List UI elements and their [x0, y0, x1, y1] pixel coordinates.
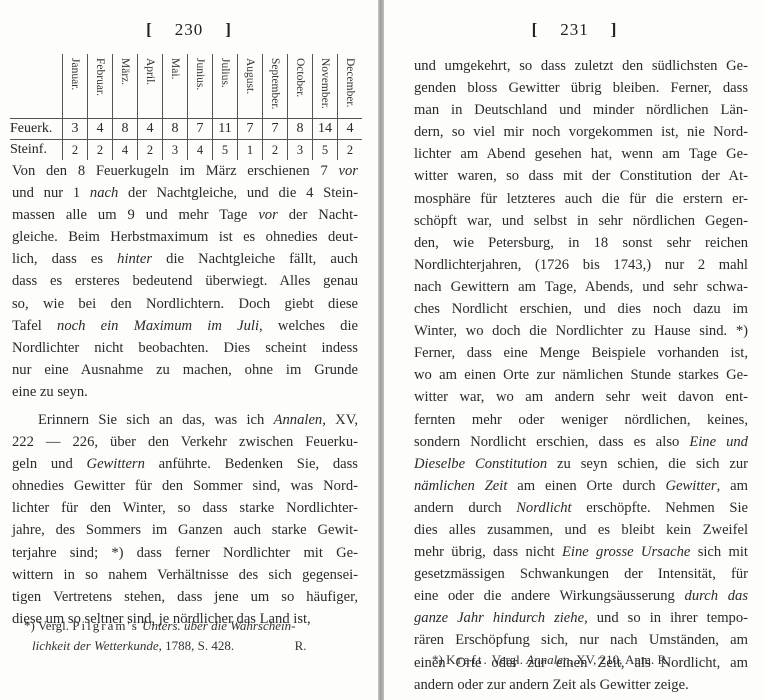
left-paragraph-2: Erinnern Sie sich an das, was ich Annale… — [12, 409, 358, 630]
text-segment: so, wie bei den Nordlichtern. Doch giebt… — [12, 296, 358, 312]
text-line: mosphäre für letzteres auch die für die … — [414, 188, 748, 210]
text-line: witter waren, so dass mit der Constituti… — [414, 165, 748, 187]
text-segment: witter war, wo am andern sehr weit davon… — [414, 389, 748, 405]
text-line: und umgekehrt, so dass zuletzt den südli… — [414, 55, 748, 77]
footnote-prefix: Vergl. — [492, 652, 523, 667]
text-segment: Nordlichter nicht beobachten. Dies schei… — [12, 340, 358, 356]
text-segment: dies alles zusammen, und es bleibt kein … — [414, 522, 748, 538]
month-label: April. — [144, 58, 156, 85]
text-line: fernten mehr oder weniger nördlichen, ke… — [414, 409, 748, 431]
text-segment: jahre, des Sommers im Ganzen auch starke… — [12, 522, 358, 538]
text-segment: lich, dass es — [12, 251, 117, 267]
text-segment: gesetzmässigen Schwankungen der Intensit… — [414, 566, 748, 582]
page-number-left: [230] — [0, 20, 378, 40]
text-segment: ohnedies Gewitter für den Sommer sind, w… — [12, 478, 358, 494]
text-segment: eine zu seyn. — [12, 384, 88, 400]
month-header: December. — [338, 54, 363, 119]
italic-emphasis: Gewittern — [87, 456, 145, 472]
table-cell: 2 — [88, 140, 113, 161]
table-cell: 2 — [338, 140, 363, 161]
month-label: Junius. — [194, 58, 206, 90]
italic-emphasis: ganze Jahr hindurch ziehe — [414, 610, 584, 626]
text-line: tigen Vertretens stehen, dass jene um so… — [12, 586, 358, 608]
italic-emphasis: Dieselbe Constitution — [414, 456, 547, 472]
text-segment: zu seyn schien, die sich zur — [547, 456, 748, 472]
month-header: April. — [138, 54, 163, 119]
table-cell: 8 — [163, 119, 188, 140]
text-line: massen alle um 9 und mehr Tage vor der N… — [12, 204, 358, 226]
text-line: Nordlichterjahren, (1726 bis 1743,) nur … — [414, 254, 748, 276]
table-cell: 3 — [163, 140, 188, 161]
table-cell: 1 — [238, 140, 263, 161]
text-segment: lichter am Abend gesehen hat, wenn am Ta… — [414, 146, 748, 162]
text-segment: mosphäre für letzteres auch die für die … — [414, 191, 748, 207]
text-segment: sich mit — [690, 544, 748, 560]
footnote-title-cont: lichkeit der Wetterkunde — [32, 638, 159, 653]
month-label: März. — [119, 58, 131, 85]
text-line: genden bloss Gewitter übrig bleiben. Fer… — [414, 77, 748, 99]
italic-emphasis: Gewitter — [666, 478, 717, 494]
text-segment: dern, so viel mir noch vorgekommen ist, … — [414, 124, 748, 140]
text-line: dass es ersteres bedeutend überwiegt. Al… — [12, 270, 358, 292]
month-label: Januar. — [69, 58, 81, 90]
month-header: Februar. — [88, 54, 113, 119]
text-segment: lichter für den Winter, so dass starke N… — [12, 500, 358, 516]
left-paragraph-1: Von den 8 Feuerkugeln im März erschienen… — [12, 160, 358, 403]
month-header: Junius. — [188, 54, 213, 119]
text-segment: Winter, wo doch die Nordlichter zu Hause… — [414, 323, 748, 339]
footnote-citation: , 1788, S. 428. — [159, 638, 234, 653]
text-segment: massen alle um 9 und mehr Tage — [12, 207, 258, 223]
meteor-frequency-table: Januar.Februar.März.April.Mai.Junius.Jul… — [10, 54, 362, 160]
table-cell: 7 — [238, 119, 263, 140]
text-segment: schöpft war, und selbst in sehr nördlich… — [414, 213, 748, 229]
footnote-marker: *) — [24, 618, 35, 633]
footnote-marker: *) — [432, 652, 443, 667]
text-segment: rären Erschöpfung sich, nur nach Umständ… — [414, 632, 748, 648]
table-cell: 7 — [188, 119, 213, 140]
text-segment: andern oder zur andern Zeit als Gewitter… — [414, 677, 689, 693]
footnote-title: Unters. über die Wahrschein- — [142, 618, 295, 633]
text-segment: , und so in ihrer tempo- — [584, 610, 748, 626]
table-cell: 4 — [338, 119, 363, 140]
month-label: Mai. — [169, 58, 181, 79]
text-line: wittern in so nahem Verhältnisse des sic… — [12, 564, 358, 586]
italic-emphasis: hinter — [117, 251, 152, 267]
text-segment: wittern in so nahem Verhältnisse des sic… — [12, 567, 358, 583]
month-header: August. — [238, 54, 263, 119]
table-cell: 7 — [263, 119, 288, 140]
text-line: den, wie Petersburg, in 18 sonst sehr re… — [414, 232, 748, 254]
text-line: ches Nordlicht erschien, und dies noch d… — [414, 298, 748, 320]
month-header: November. — [313, 54, 338, 119]
text-segment: den, wie Petersburg, in 18 sonst sehr re… — [414, 235, 748, 251]
text-line: eine zu seyn. — [12, 381, 358, 403]
text-line: und nur 1 nach der Nachtgleiche, und die… — [12, 182, 358, 204]
right-body-text: und umgekehrt, so dass zuletzt den südli… — [414, 55, 748, 696]
text-line: gesetzmässigen Schwankungen der Intensit… — [414, 563, 748, 585]
table-cell: 3 — [288, 140, 313, 161]
table-row-steinf: Steinf. 224234512352 — [10, 140, 362, 161]
italic-emphasis: noch ein Maximum im Juli — [57, 318, 259, 334]
text-segment: gleiche. Beim Herbstmaximum ist es ohned… — [12, 229, 358, 245]
table-header-row: Januar.Februar.März.April.Mai.Junius.Jul… — [10, 54, 362, 119]
right-page: [231] und umgekehrt, so dass zuletzt den… — [384, 0, 765, 700]
text-segment: Ferner, dass eine Menge Beispiele vorhan… — [414, 345, 748, 361]
text-segment: anführte. Bedenken Sie, dass — [145, 456, 358, 472]
text-line: ohnedies Gewitter für den Sommer sind, w… — [12, 475, 358, 497]
text-line: lichter für den Winter, so dass starke N… — [12, 497, 358, 519]
text-line: terjahre sind; *) dass ferner Nordlichte… — [12, 542, 358, 564]
text-line: Tafel noch ein Maximum im Juli, welches … — [12, 315, 358, 337]
month-label: August. — [244, 58, 256, 94]
text-segment: dass es ersteres bedeutend überwiegt. Al… — [12, 273, 358, 289]
text-segment: genden bloss Gewitter übrig bleiben. Fer… — [414, 80, 748, 96]
italic-emphasis: Nordlicht — [516, 500, 571, 516]
text-line: nämlichen Zeit am einen Orte durch Gewit… — [414, 475, 748, 497]
text-segment: , am — [717, 478, 748, 494]
text-segment: andern durch — [414, 500, 516, 516]
text-line: nach Gewittern am Tage, Abends, und sehr… — [414, 276, 748, 298]
text-segment: tigen Vertretens stehen, dass jene um so… — [12, 589, 358, 605]
month-header: Mai. — [163, 54, 188, 119]
text-line: lich, dass es hinter die Nachtgleiche fä… — [12, 248, 358, 270]
text-segment: nur eine Ausnahme zu machen, ohne im Gru… — [12, 362, 358, 378]
table-cell: 4 — [88, 119, 113, 140]
text-line: rären Erschöpfung sich, nur nach Umständ… — [414, 629, 748, 651]
month-label: Februar. — [94, 58, 106, 96]
month-header: September. — [263, 54, 288, 119]
month-label: Julius. — [219, 58, 231, 88]
text-segment: terjahre sind; *) dass ferner Nordlichte… — [12, 545, 358, 561]
table-cell: 3 — [63, 119, 88, 140]
text-segment: Tafel — [12, 318, 57, 334]
italic-emphasis: nämlichen Zeit — [414, 478, 507, 494]
table-cell: 8 — [113, 119, 138, 140]
month-label: October. — [294, 58, 306, 97]
text-line: jahre, des Sommers im Ganzen auch starke… — [12, 519, 358, 541]
text-segment: Nordlichterjahren, (1726 bis 1743,) nur … — [414, 257, 748, 273]
text-segment: sondern Nordlicht erschien, dass es also — [414, 434, 689, 450]
month-header: März. — [113, 54, 138, 119]
text-line: man in Deutschland und minder nördlichen… — [414, 99, 748, 121]
table-corner — [10, 54, 63, 119]
text-line: so, wie bei den Nordlichtern. Doch giebt… — [12, 293, 358, 315]
footnote-signature: R. — [295, 638, 307, 653]
italic-emphasis: Eine und — [689, 434, 748, 450]
table-cell: 14 — [313, 119, 338, 140]
table-cell: 11 — [213, 119, 238, 140]
text-line: witter war, wo am andern sehr weit davon… — [414, 386, 748, 408]
italic-emphasis: vor — [339, 163, 358, 179]
left-page: [230] Januar.Februar.März.April.Mai.Juni… — [0, 0, 378, 700]
text-segment: wo am einen Orte zur nämlichen Stunde st… — [414, 367, 748, 383]
italic-emphasis: vor — [258, 207, 277, 223]
table-cell: 8 — [288, 119, 313, 140]
table-cell: 2 — [263, 140, 288, 161]
text-segment: witter waren, so dass mit der Constituti… — [414, 168, 748, 184]
italic-emphasis: nach — [90, 185, 118, 201]
text-segment: man in Deutschland und minder nördlichen… — [414, 102, 748, 118]
text-line: 222 — 226, über den Verkehr zwischen Feu… — [12, 431, 358, 453]
text-segment: Erinnern Sie sich an das, was ich — [38, 412, 274, 428]
month-header: October. — [288, 54, 313, 119]
text-segment: 222 — 226, über den Verkehr zwischen Feu… — [12, 434, 358, 450]
text-line: Erinnern Sie sich an das, was ich Annale… — [12, 409, 358, 431]
page-number-text: 231 — [560, 20, 589, 39]
text-line: nur eine Ausnahme zu machen, ohne im Gru… — [12, 359, 358, 381]
page-number-right: [231] — [384, 20, 765, 40]
text-segment: der Nacht- — [278, 207, 358, 223]
text-segment: , welches die — [259, 318, 358, 334]
text-segment: fernten mehr oder weniger nördlichen, ke… — [414, 412, 748, 428]
text-line: ganze Jahr hindurch ziehe, und so in ihr… — [414, 607, 748, 629]
text-line: Ferner, dass eine Menge Beispiele vorhan… — [414, 342, 748, 364]
footnote-prefix: Vergl. — [38, 618, 69, 633]
page-number-text: 230 — [175, 20, 204, 39]
table-cell: 4 — [138, 119, 163, 140]
text-segment: geln und — [12, 456, 87, 472]
month-label: November. — [319, 58, 331, 109]
footnote-author: Pilgram's — [72, 618, 139, 633]
row-label: Feuerk. — [10, 119, 63, 140]
table-cell: 5 — [313, 140, 338, 161]
month-header: Januar. — [63, 54, 88, 119]
text-segment: eine oder die andere Wirkungsäusserung — [414, 588, 685, 604]
table-cell: 4 — [113, 140, 138, 161]
text-line: Nordlichter nicht beobachten. Dies schei… — [12, 337, 358, 359]
text-segment: die Nachtgleiche fällt, auch — [152, 251, 358, 267]
text-segment: und nur 1 — [12, 185, 90, 201]
text-line: andern durch Nordlicht erschöpfte. Nehme… — [414, 497, 748, 519]
text-line: Winter, wo doch die Nordlichter zu Hause… — [414, 320, 748, 342]
text-segment: erschöpfte. Nehmen Sie — [572, 500, 748, 516]
table-cell: 5 — [213, 140, 238, 161]
table-cell: 4 — [188, 140, 213, 161]
text-segment: Von den 8 Feuerkugeln im März erschienen… — [12, 163, 339, 179]
left-footnote: *) Vergl. Pilgram's Unters. über die Wah… — [24, 616, 344, 656]
text-line: wo am einen Orte zur nämlichen Stunde st… — [414, 364, 748, 386]
text-segment: und umgekehrt, so dass zuletzt den südli… — [414, 58, 748, 74]
text-segment: ches Nordlicht erschien, und dies noch d… — [414, 301, 748, 317]
month-label: September. — [269, 58, 281, 109]
text-line: dern, so viel mir noch vorgekommen ist, … — [414, 121, 748, 143]
text-line: Von den 8 Feuerkugeln im März erschienen… — [12, 160, 358, 182]
footnote-author: Kraft. — [446, 652, 489, 667]
text-segment: nach Gewittern am Tage, Abends, und sehr… — [414, 279, 748, 295]
text-segment: der Nachtgleiche, und die 4 Stein- — [118, 185, 358, 201]
right-footnote: *) Kraft. Vergl. Annalen, XV, 210, Anm. … — [432, 650, 742, 670]
italic-emphasis: durch das — [685, 588, 748, 604]
table-row-feuerk: Feuerk. 34848711778144 — [10, 119, 362, 140]
italic-emphasis: Eine grosse Ursache — [562, 544, 690, 560]
footnote-journal: Annalen — [526, 652, 569, 667]
text-line: gleiche. Beim Herbstmaximum ist es ohned… — [12, 226, 358, 248]
month-label: December. — [344, 58, 356, 108]
text-line: andern oder zur andern Zeit als Gewitter… — [414, 674, 748, 696]
row-label: Steinf. — [10, 140, 63, 161]
footnote-signature: R. — [657, 652, 669, 667]
month-header: Julius. — [213, 54, 238, 119]
text-line: sondern Nordlicht erschien, dass es also… — [414, 431, 748, 453]
footnote-citation: , XV, 210, Anm. — [570, 652, 655, 667]
text-line: geln und Gewittern anführte. Bedenken Si… — [12, 453, 358, 475]
text-line: schöpft war, und selbst in sehr nördlich… — [414, 210, 748, 232]
table-cell: 2 — [138, 140, 163, 161]
text-line: dies alles zusammen, und es bleibt kein … — [414, 519, 748, 541]
text-segment: mehr übrig, dass nicht — [414, 544, 562, 560]
text-line: Dieselbe Constitution zu seyn schien, di… — [414, 453, 748, 475]
italic-emphasis: Annalen, — [274, 412, 326, 428]
text-segment: XV, — [326, 412, 358, 428]
table-cell: 2 — [63, 140, 88, 161]
text-line: lichter am Abend gesehen hat, wenn am Ta… — [414, 143, 748, 165]
text-line: eine oder die andere Wirkungsäusserung d… — [414, 585, 748, 607]
text-segment: am einen Orte durch — [507, 478, 665, 494]
text-line: mehr übrig, dass nicht Eine grosse Ursac… — [414, 541, 748, 563]
